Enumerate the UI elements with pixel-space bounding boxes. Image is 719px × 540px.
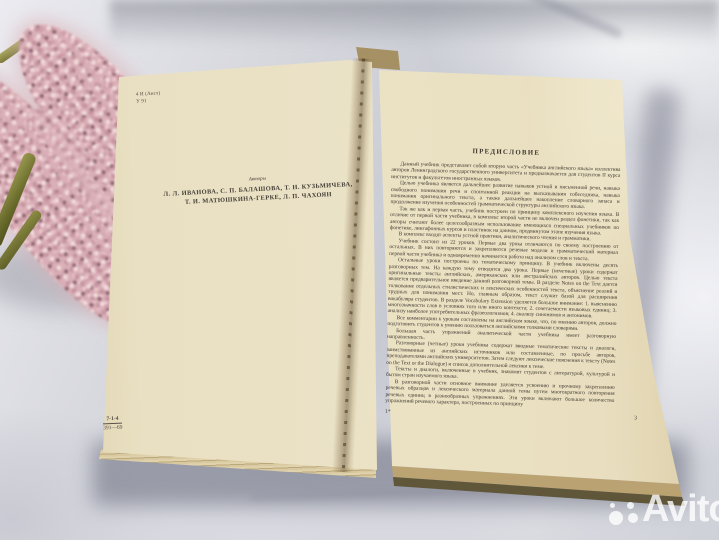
signature-mark: 1* xyxy=(385,409,391,415)
page-number: 3 xyxy=(634,416,637,422)
imprint-block: 7-1-4 391—69 xyxy=(103,416,123,432)
avito-logo-dot-icon xyxy=(627,502,634,509)
top-shadow-band xyxy=(110,0,719,46)
preface-paragraph: В разговорной части основное внимание уд… xyxy=(385,379,615,411)
preface-text-block: ПРЕДИСЛОВИЕ Данный учебник представляет … xyxy=(385,146,621,421)
imprint-number: 391—69 xyxy=(103,424,122,432)
avito-logo-dot-icon xyxy=(610,503,615,508)
photo-scene: 4 И (Англ) У 91 Авторы Л. Л. ИВАНОВА, С.… xyxy=(0,0,719,540)
classification-line: У 91 xyxy=(136,97,161,105)
library-classification: 4 И (Англ) У 91 xyxy=(136,90,161,105)
classification-line: 4 И (Англ) xyxy=(136,90,161,98)
avito-watermark-label: Avito xyxy=(642,488,719,531)
preface-paragraph: Остальные уроки построены по тематическо… xyxy=(388,257,618,321)
avito-watermark: Avito xyxy=(583,492,719,540)
avito-logo-dot-icon xyxy=(628,513,638,523)
avito-logo-dot-icon xyxy=(609,511,623,525)
